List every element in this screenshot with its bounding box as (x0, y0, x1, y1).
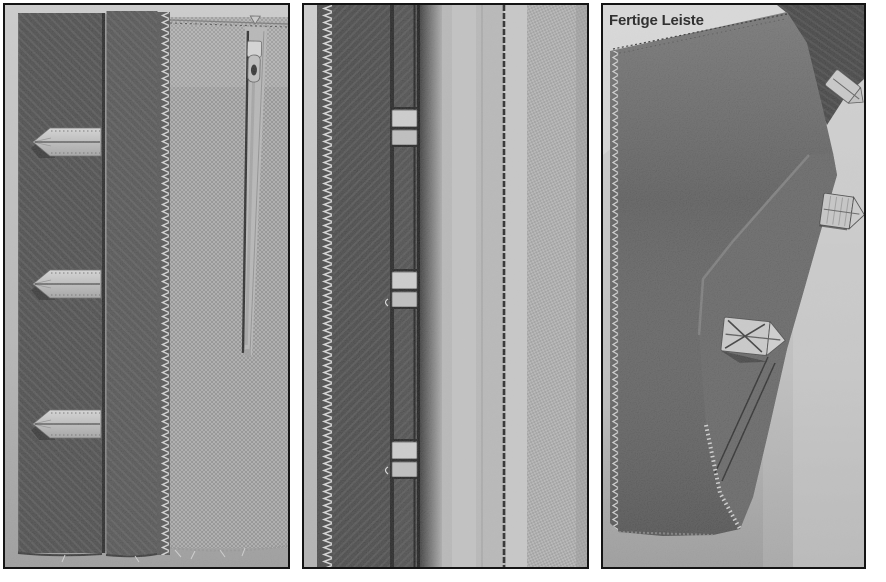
photo-step-loops-in-slot (302, 3, 589, 569)
photo-step-loops-and-zipper (3, 3, 290, 569)
photo-left-svg (5, 5, 288, 567)
photo-grain (603, 5, 864, 567)
photo-middle-svg (304, 5, 587, 567)
photo-grain (304, 5, 587, 567)
photo-step-finished-placket: Fertige Leiste (601, 3, 866, 569)
photo-right-svg: Fertige Leiste (603, 5, 864, 567)
photo-grain (5, 5, 288, 567)
